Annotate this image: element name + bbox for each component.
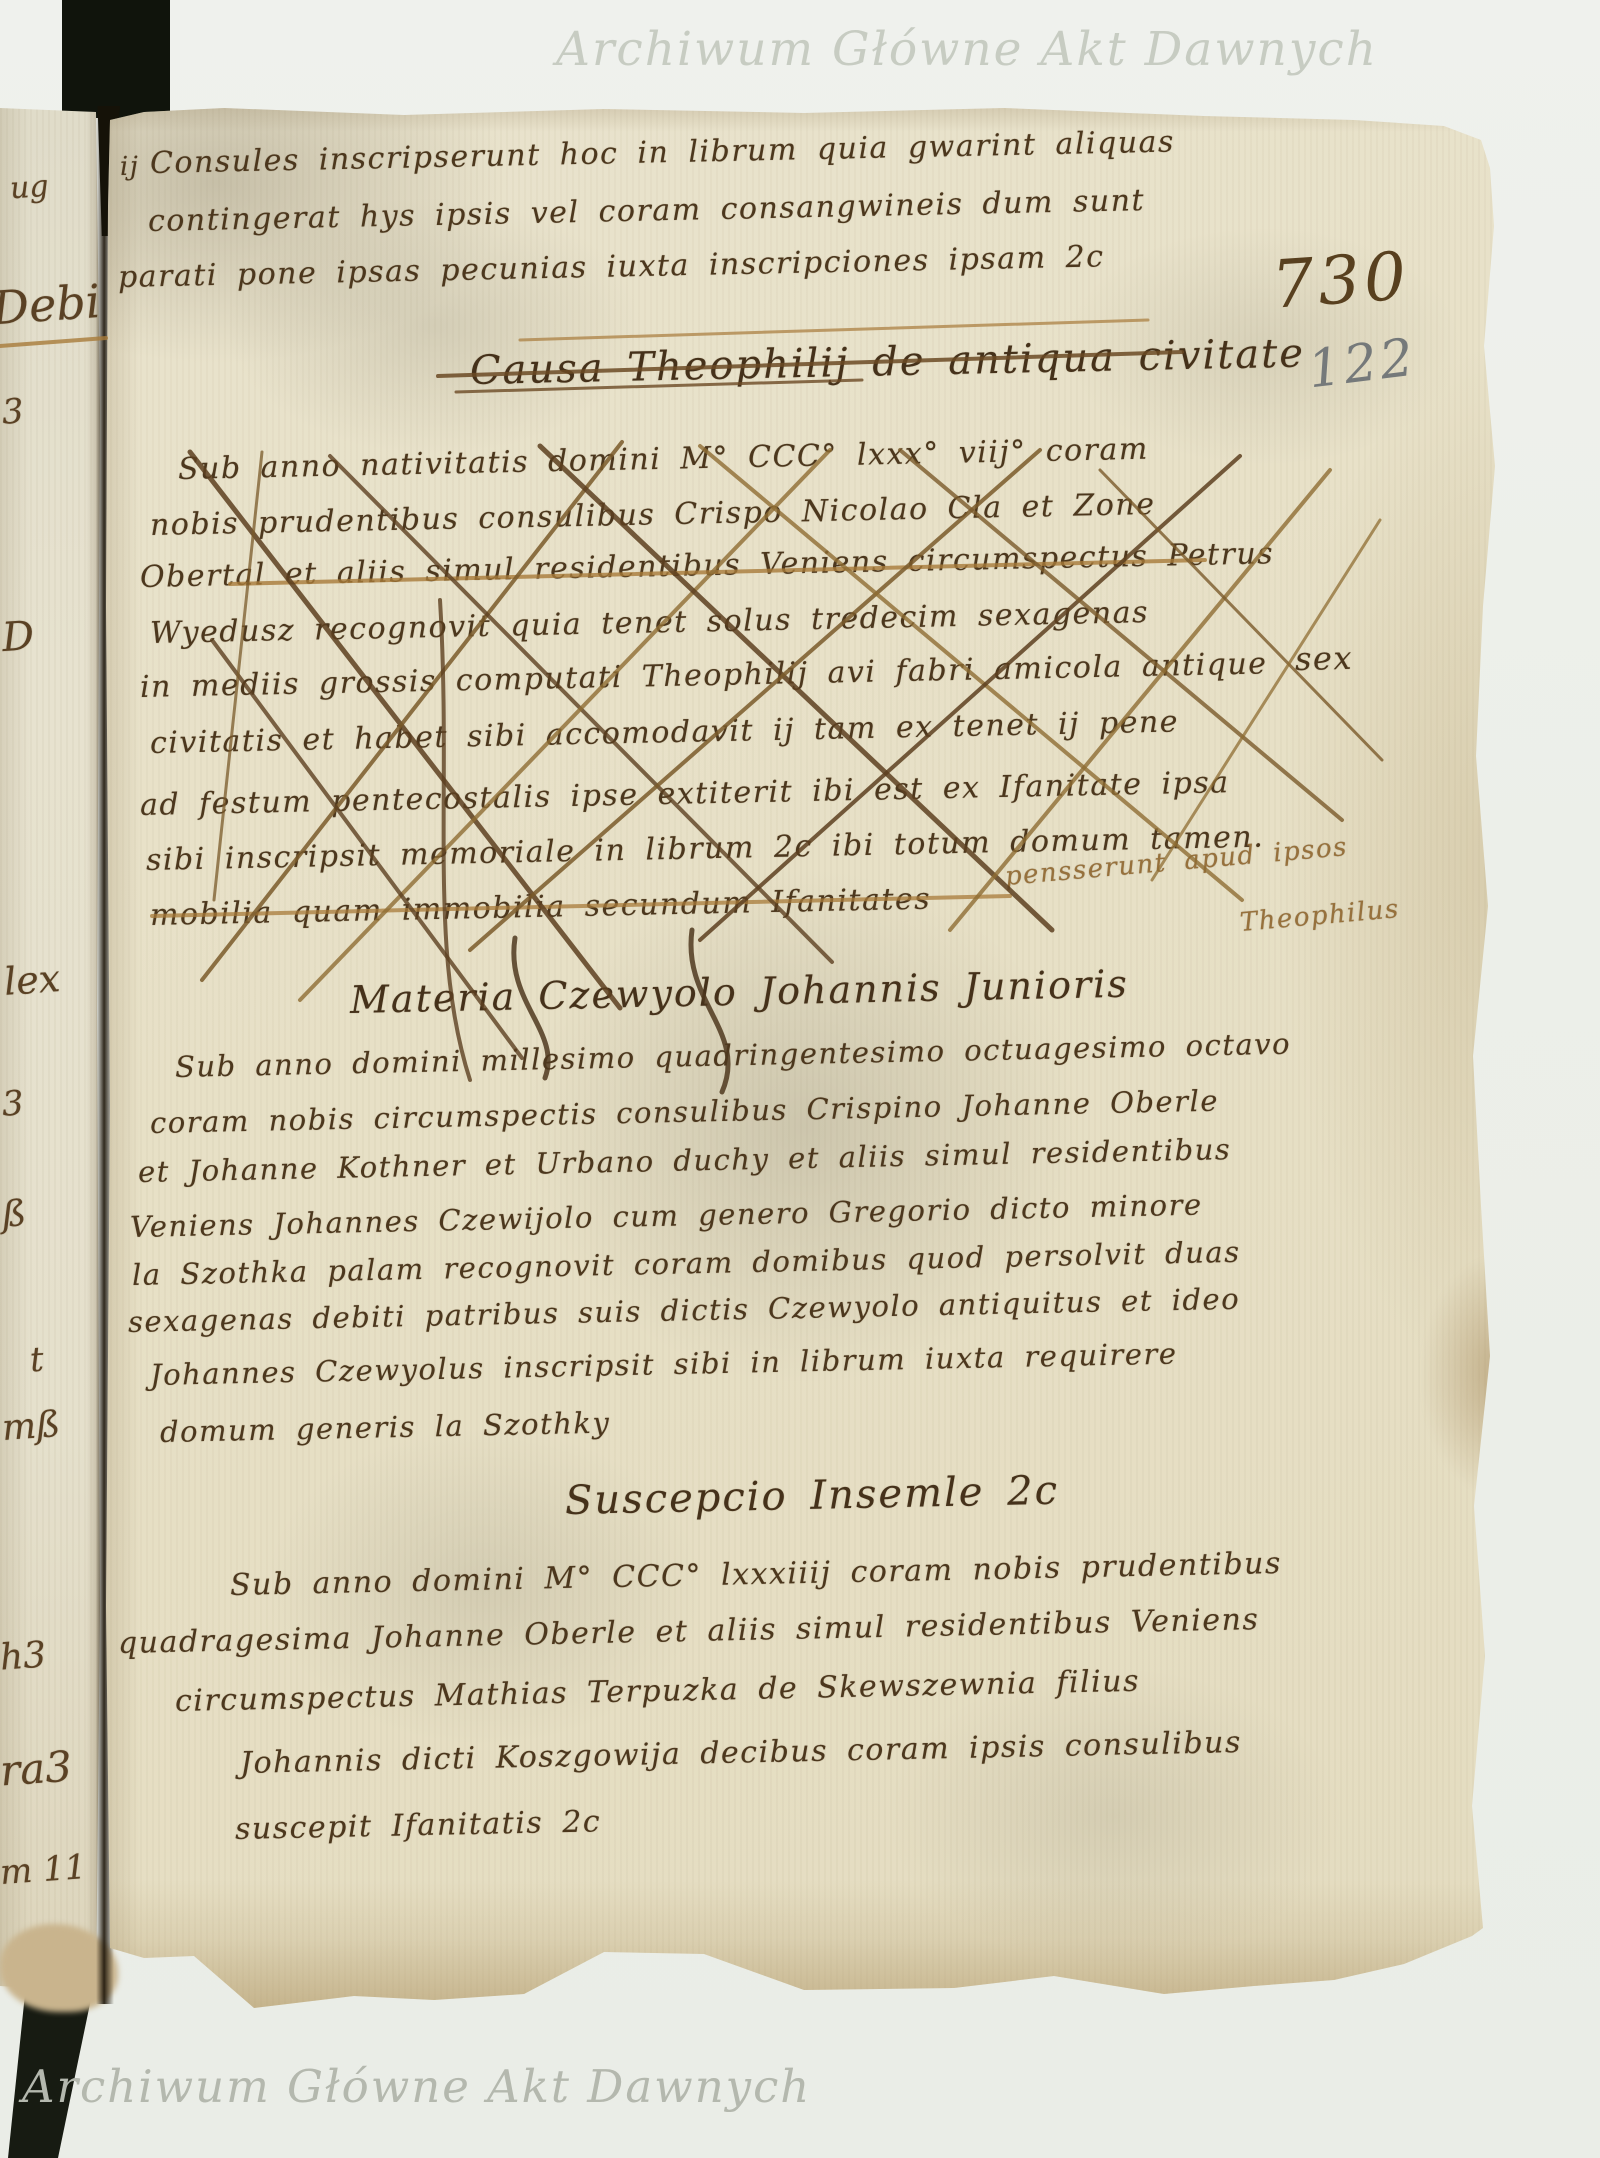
entry-line: la Szothka palam recognovit coram domibu… [132, 1235, 1241, 1292]
entry-line: suscepit Ifanitatis 2c [235, 1804, 602, 1847]
intro-note-line: contingerat hys ipsis vel coram consangw… [148, 183, 1146, 239]
margin-note-line: Theophilus [1239, 894, 1401, 938]
manuscript-text-layer: ij Consules inscripserunt hoc in librum … [0, 0, 1600, 2158]
folio-number-pencil: 122 [1305, 328, 1420, 401]
intro-note-line: Consules inscripserunt hoc in librum qui… [150, 125, 1176, 181]
entry-line: Johannis dicti Koszgowija decibus coram … [240, 1725, 1243, 1781]
entry-line: Obertal et aliis simul residentibus Veni… [140, 536, 1275, 595]
entry-line: domum generis la Szothky [160, 1406, 611, 1449]
entry-heading: Causa Theophilij de antiqua civitate [470, 331, 1306, 394]
entry-line: circumspectus Mathias Terpuzka de Skewsz… [175, 1664, 1141, 1719]
intro-note-line: parati pone ipsas pecunias iuxta inscrip… [118, 239, 1105, 295]
paragraph-mark: ij [120, 152, 140, 182]
entry-line: nobis prudentibus consulibus Crispo Nico… [150, 487, 1156, 543]
entry-line: coram nobis circumspectis consulibus Cri… [150, 1084, 1220, 1140]
entry-line: Sub anno nativitatis domini M° CCC° lxxx… [178, 432, 1150, 487]
folio-number-ink: 730 [1269, 237, 1412, 323]
entry-line: Johannes Czewyolus inscripsit sibi in li… [150, 1336, 1178, 1392]
entry-line: Sub anno domini M° CCC° lxxxiiij coram n… [230, 1546, 1283, 1603]
entry-heading: Materia Czewyolo Johannis Junioris [350, 962, 1130, 1022]
entry-heading: Suscepcio Insemle 2c [565, 1468, 1060, 1524]
archival-scan-page: { "archive": { "watermark_text": "Archiw… [0, 0, 1600, 2158]
entry-side-word: sex [1295, 639, 1354, 678]
entry-line: mobilia quam immobilia secundum Ifanitat… [150, 882, 932, 933]
entry-line: et Johanne Kothner et Urbano duchy et al… [138, 1132, 1232, 1189]
entry-line: Sub anno domini millesimo quadringentesi… [175, 1027, 1292, 1084]
entry-line: quadragesima Johanne Oberle et aliis sim… [118, 1602, 1260, 1661]
entry-line: ad festum pentecostalis ipse extiterit i… [140, 765, 1230, 823]
entry-line: civitatis et habet sibi accomodavit ij t… [150, 704, 1180, 761]
entry-line: sexagenas debiti patribus suis dictis Cz… [128, 1282, 1241, 1339]
entry-line: Veniens Johannes Czewijolo cum genero Gr… [130, 1188, 1203, 1244]
entry-line: Wyedusz recognovit quia tenet solus tred… [150, 595, 1150, 651]
entry-line: in mediis grossis computati Theophilij a… [140, 646, 1268, 705]
